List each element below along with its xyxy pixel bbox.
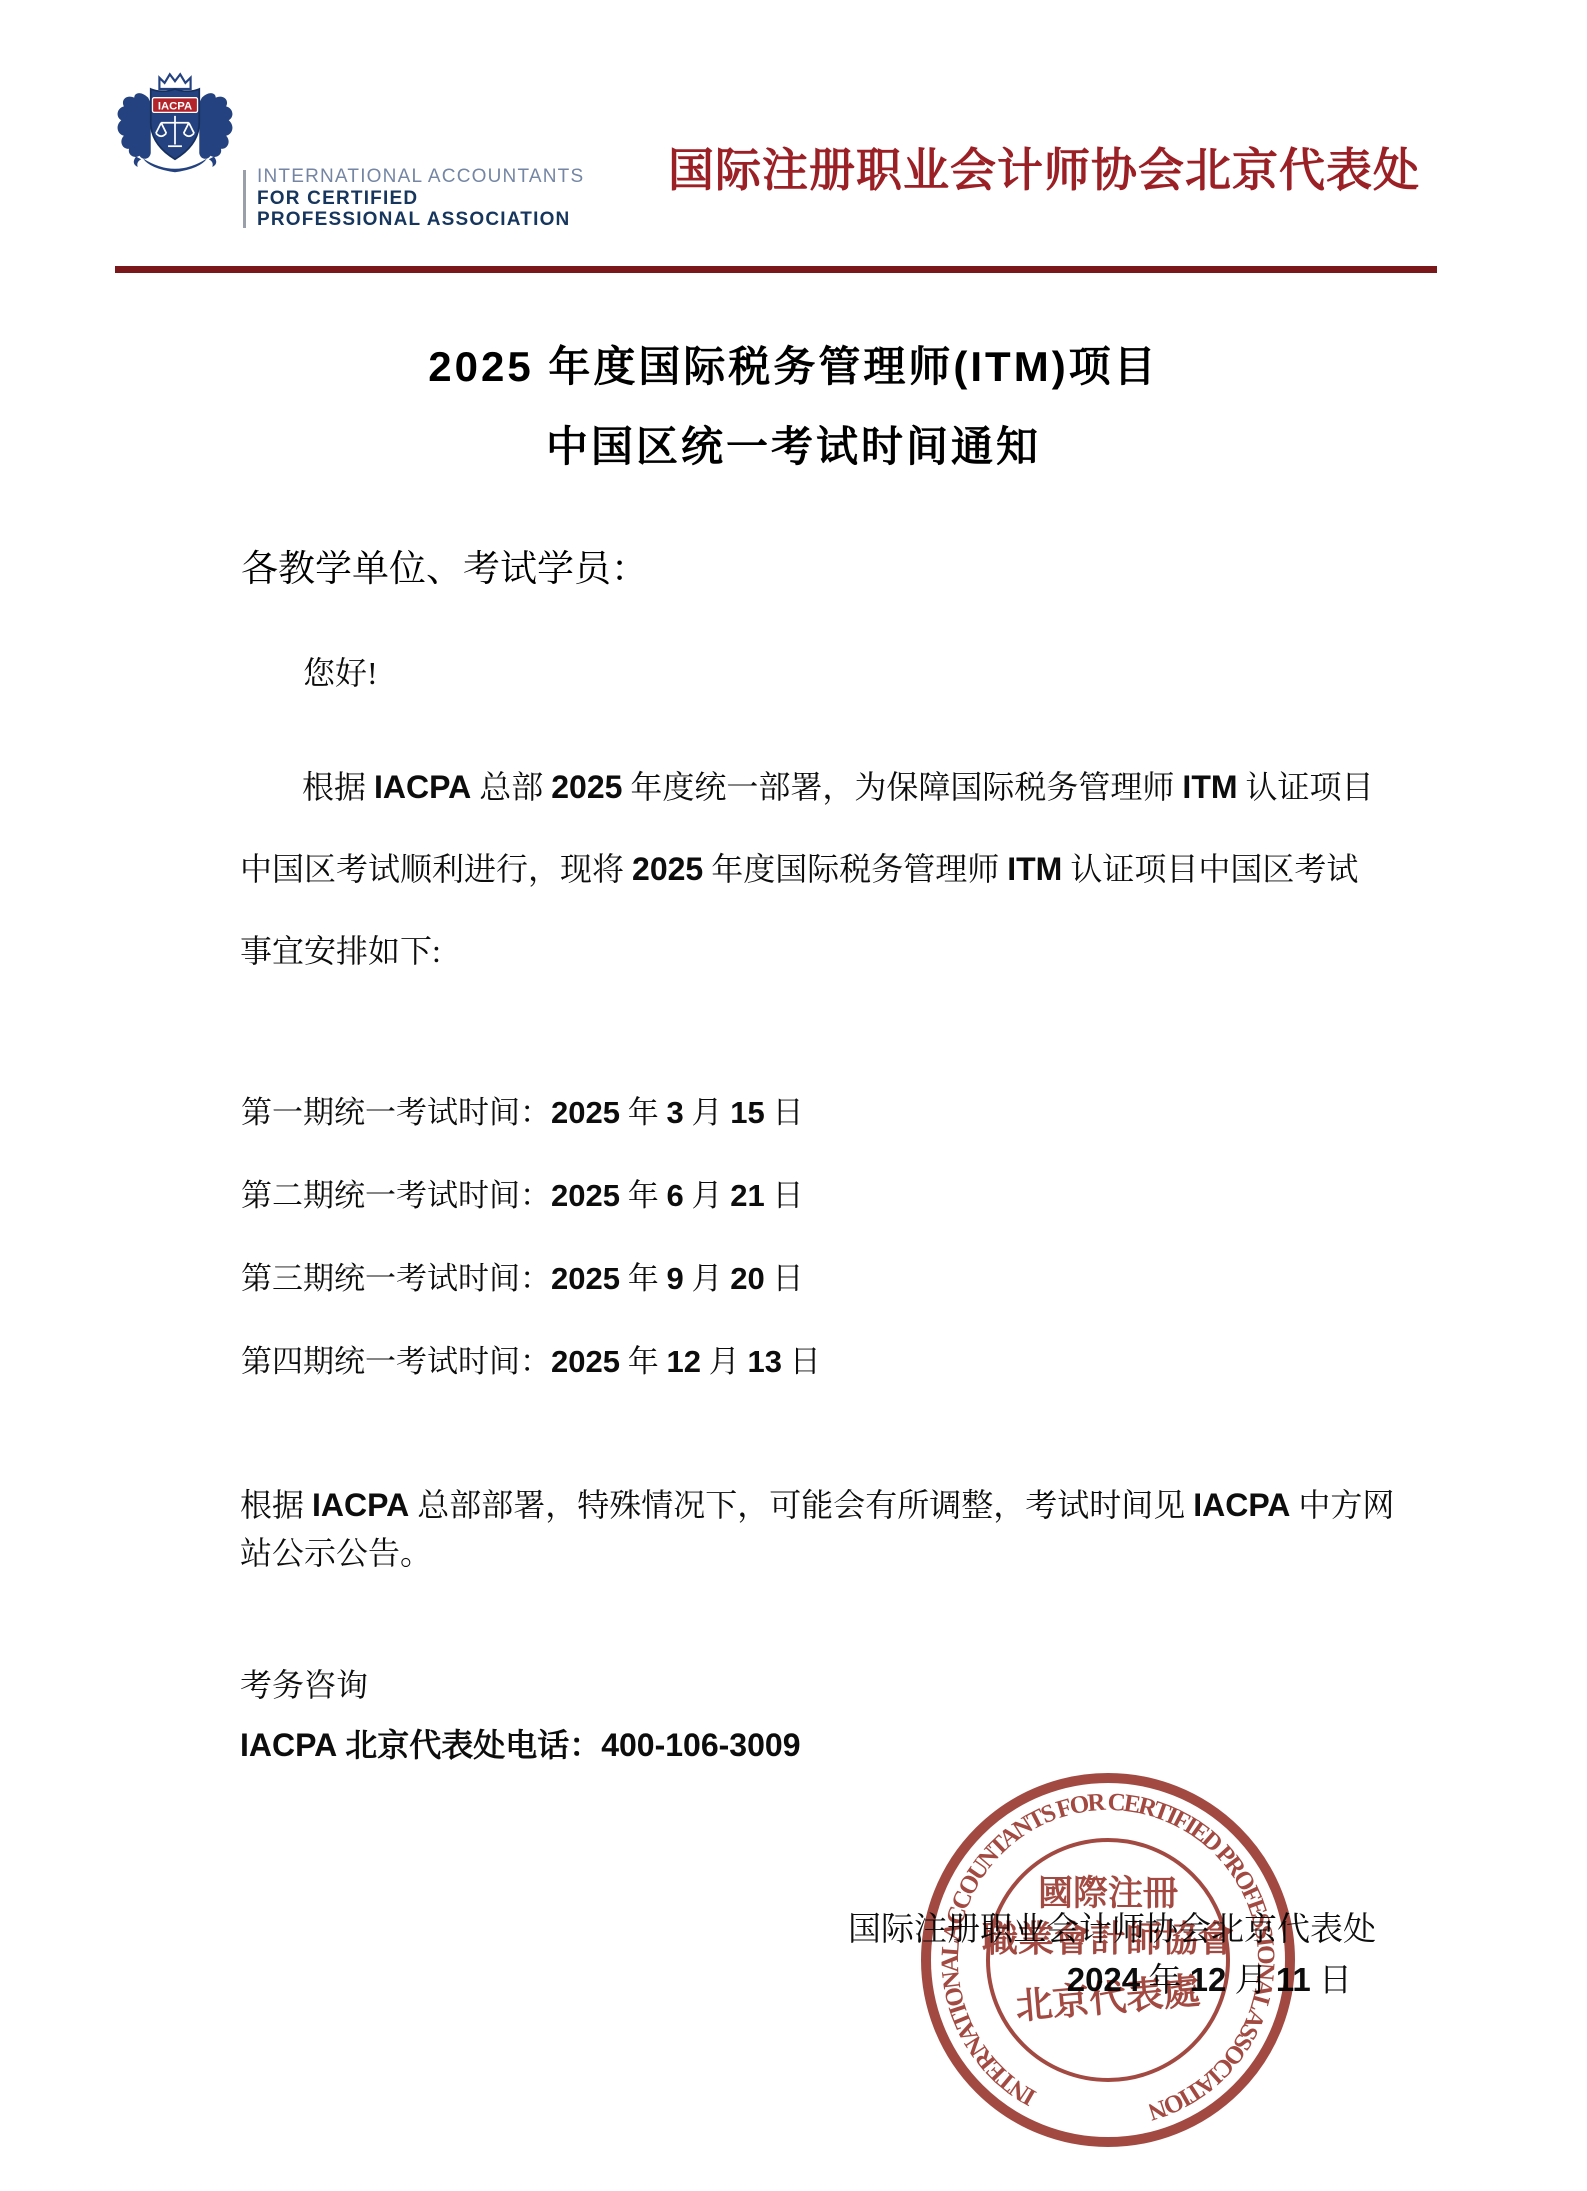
seal-ring-text: INTERNATIONAL ACCOUNTANTS FOR CERTIFIED … xyxy=(918,1769,1298,2151)
lion-left-icon xyxy=(118,93,151,159)
org-name-line-3: PROFESSIONAL ASSOCIATION xyxy=(257,209,584,231)
org-title-chinese: 国际注册职业会计师协会北京代表处 xyxy=(668,134,1420,200)
contact-phone: IACPA 北京代表处电话：400-106-3009 xyxy=(240,1721,800,1769)
org-name-line-2: FOR CERTIFIED xyxy=(257,188,584,210)
org-name-block: INTERNATIONAL ACCOUNTANTS FOR CERTIFIED … xyxy=(257,166,584,231)
letterhead-rule xyxy=(115,266,1437,273)
shield-label: IACPA xyxy=(158,100,192,112)
official-seal: INTERNATIONAL ACCOUNTANTS FOR CERTIFIED … xyxy=(918,1769,1298,2151)
salutation: 各教学单位、考试学员： xyxy=(241,550,648,590)
intro-line-2: 中国区考试顺利进行，现将 2025 年度国际税务管理师 ITM 认证项目中国区考… xyxy=(240,828,1358,910)
intro-line-1: 根据 IACPA 总部 2025 年度统一部署，为保障国际税务管理师 ITM 认… xyxy=(302,746,1374,828)
notice-document-page: IACPA INTERNATIONAL ACCOUNTANTS FOR CERT… xyxy=(0,0,1587,2191)
note-line-2: 站公示公告。 xyxy=(240,1529,432,1577)
lion-right-icon xyxy=(199,93,232,159)
intro-line-3: 事宜安排如下: xyxy=(240,910,441,992)
org-name-line-1: INTERNATIONAL ACCOUNTANTS xyxy=(257,166,584,188)
greeting: 您好! xyxy=(303,641,378,705)
doc-title-line-1: 2025 年度国际税务管理师(ITM)项目 xyxy=(0,340,1587,394)
iacpa-crest-logo: IACPA xyxy=(110,64,240,192)
contact-heading: 考务咨询 xyxy=(240,1661,368,1709)
exam-date-line-1: 第一期统一考试时间：2025 年 3 月 15 日 xyxy=(241,1072,803,1154)
crown-icon xyxy=(159,74,190,89)
seal-inner-line-2: 職業會計師協會 xyxy=(982,1919,1234,1959)
note-line-1: 根据 IACPA 总部部署，特殊情况下，可能会有所调整，考试时间见 IACPA … xyxy=(240,1481,1394,1529)
doc-title-line-2: 中国区统一考试时间通知 xyxy=(0,420,1587,474)
seal-outer-ring xyxy=(926,1778,1290,2142)
exam-date-line-2: 第二期统一考试时间：2025 年 6 月 21 日 xyxy=(241,1155,803,1237)
exam-date-line-4: 第四期统一考试时间：2025 年 12 月 13 日 xyxy=(241,1321,821,1403)
seal-inner-line-1: 國際注冊 xyxy=(1038,1874,1178,1913)
exam-date-line-3: 第三期统一考试时间：2025 年 9 月 20 日 xyxy=(241,1238,803,1320)
seal-inner-line-3: 北京代表處 xyxy=(1014,1970,1202,2028)
logo-text-divider xyxy=(243,170,246,228)
